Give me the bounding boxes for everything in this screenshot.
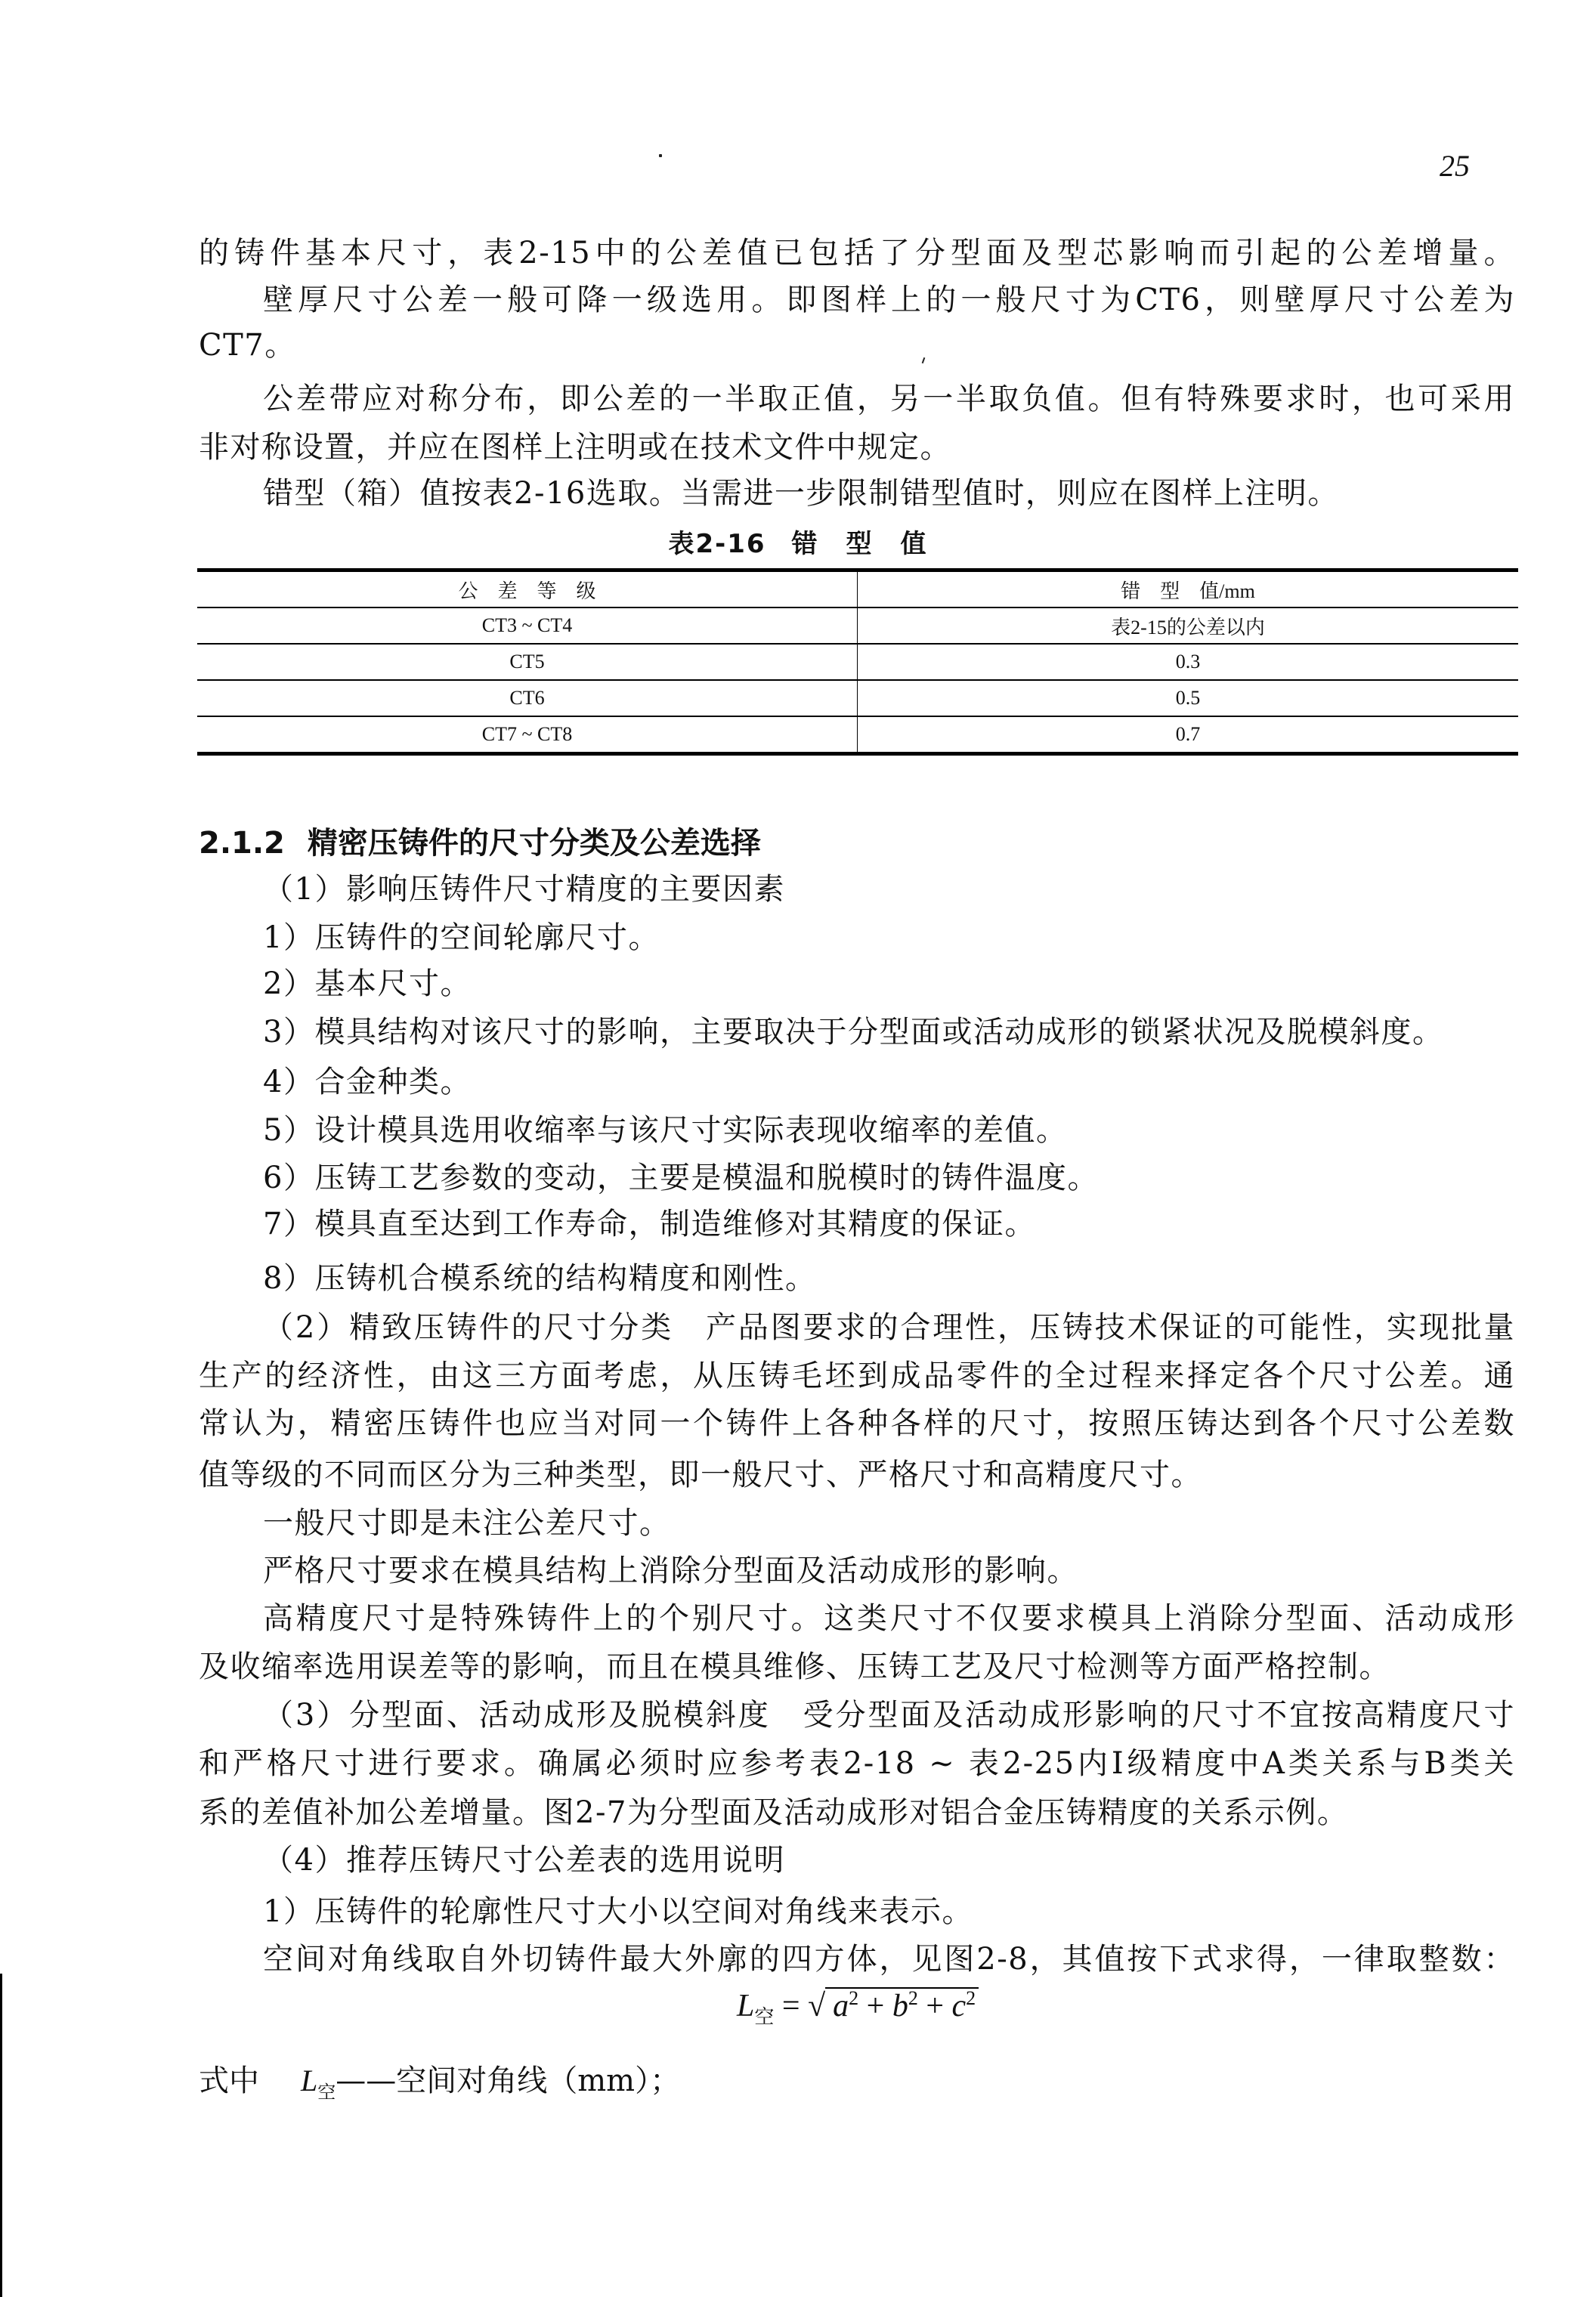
paragraph-line: 严格尺寸要求在模具结构上消除分型面及活动成形的影响。 (199, 1550, 1515, 1592)
table-header-row: 公 差 等 级 错 型 值/mm (197, 570, 1518, 608)
column-header-value: 错 型 值/mm (858, 570, 1519, 608)
where-clause: 式中L空——空间对角线（mm）； (199, 2057, 680, 2104)
where-prefix: 式中 (199, 2064, 259, 2098)
paragraph-line: 值等级的不同而区分为三种类型，即一般尺寸、严格尺寸和高精度尺寸。 (199, 1454, 1515, 1496)
list-item: 4）合金种类。 (199, 1061, 1515, 1103)
table-title: 表2-16错 型 值 (0, 523, 1596, 560)
table-cell: 0.3 (858, 644, 1519, 680)
table-cell: CT5 (197, 644, 858, 680)
exponent: 2 (966, 1987, 976, 2009)
paragraph-line: （3）分型面、活动成形及脱模斜度 受分型面及活动成形影响的尺寸不宜按高精度尺寸 (199, 1694, 1515, 1736)
term-c: c (952, 1989, 967, 2023)
section-title: 精密压铸件的尺寸分类及公差选择 (308, 826, 761, 861)
table-cell: 0.7 (858, 716, 1519, 754)
section-heading: 2.1.2精密压铸件的尺寸分类及公差选择 (199, 819, 761, 862)
formula-lhs-var: L (737, 1989, 754, 2023)
table-row: CT3 ~ CT4 表2-15的公差以内 (197, 607, 1518, 644)
scan-speck (659, 154, 662, 157)
table-cell: CT6 (197, 680, 858, 716)
table-row: CT7 ~ CT8 0.7 (197, 716, 1518, 754)
list-item: 5）设计模具选用收缩率与该尺寸实际表现收缩率的差值。 (199, 1109, 1515, 1152)
paragraph-line: 壁厚尺寸公差一般可降一级选用。即图样上的一般尺寸为CT6，则壁厚尺寸公差为 (199, 279, 1515, 321)
table-row: CT6 0.5 (197, 680, 1518, 716)
paragraph-line: 非对称设置，并应在图样上注明或在技术文件中规定。 (199, 426, 1515, 468)
subsection-title: （4）推荐压铸尺寸公差表的选用说明 (199, 1839, 1515, 1881)
list-item: 1）压铸件的空间轮廓尺寸。 (199, 917, 1515, 959)
scan-edge-line (0, 1974, 2, 2297)
list-item: 6）压铸工艺参数的变动，主要是模温和脱模时的铸件温度。 (199, 1157, 1515, 1199)
paragraph-line: 错型（箱）值按表2-16选取。当需进一步限制错型值时，则应在图样上注明。 (199, 472, 1515, 515)
sqrt-symbol: √ (808, 1989, 825, 2023)
table-caption: 错 型 值 (792, 529, 928, 559)
page-number: 25 (1440, 148, 1470, 184)
paragraph-line: 生产的经济性，由这三方面考虑，从压铸毛坯到成品零件的全过程来择定各个尺寸公差。通 (199, 1355, 1515, 1397)
list-item: 2）基本尺寸。 (199, 963, 1515, 1005)
paragraph-line: 公差带应对称分布，即公差的一半取正值，另一半取负值。但有特殊要求时，也可采用 (199, 378, 1515, 420)
misalignment-table: 公 差 等 级 错 型 值/mm CT3 ~ CT4 表2-15的公差以内 CT… (197, 568, 1518, 756)
plus-sign: + (926, 1989, 944, 2023)
list-item: 8）压铸机合模系统的结构精度和刚性。 (199, 1257, 1515, 1300)
table-row: CT5 0.3 (197, 644, 1518, 680)
paragraph-line: 空间对角线取自外切铸件最大外廓的四方体，见图2-8，其值按下式求得，一律取整数： (199, 1938, 1515, 1980)
formula-radicand: a2 + b2 + c2 (825, 1987, 979, 2023)
paragraph-line: 常认为，精密压铸件也应当对同一个铸件上各种各样的尺寸，按照压铸达到各个尺寸公差数 (199, 1402, 1515, 1445)
exponent: 2 (849, 1987, 858, 2009)
where-definition: ——空间对角线（mm）； (336, 2064, 680, 2098)
paragraph-line: 一般尺寸即是未注公差尺寸。 (199, 1502, 1515, 1544)
list-item: 7）模具直至达到工作寿命，制造维修对其精度的保证。 (199, 1203, 1515, 1245)
table-cell: CT3 ~ CT4 (197, 607, 858, 644)
paragraph-line: 及收缩率选用误差等的影响，而且在模具维修、压铸工艺及尺寸检测等方面严格控制。 (199, 1646, 1515, 1688)
table-number: 表2-16 (668, 529, 766, 559)
list-item: 1）压铸件的轮廓性尺寸大小以空间对角线来表示。 (199, 1890, 1515, 1933)
paragraph-line: 的铸件基本尺寸，表2-15中的公差值已包括了分型面及型芯影响而引起的公差增量。 (199, 232, 1515, 274)
list-item: 3）模具结构对该尺寸的影响，主要取决于分型面或活动成形的锁紧状况及脱模斜度。 (199, 1011, 1515, 1053)
diagonal-formula: L空 = √a2 + b2 + c2 (737, 1987, 979, 2030)
term-a: a (833, 1989, 849, 2023)
paragraph-line: 高精度尺寸是特殊铸件上的个别尺寸。这类尺寸不仅要求模具上消除分型面、活动成形 (199, 1597, 1515, 1640)
column-header-grade: 公 差 等 级 (197, 570, 858, 608)
formula-lhs-sub: 空 (754, 2006, 774, 2029)
table-cell: 表2-15的公差以内 (858, 607, 1519, 644)
paragraph-line: （2）精致压铸件的尺寸分类 产品图要求的合理性，压铸技术保证的可能性，实现批量 (199, 1306, 1515, 1349)
table-cell: 0.5 (858, 680, 1519, 716)
formula-equals: = (782, 1989, 800, 2023)
exponent: 2 (908, 1987, 918, 2009)
paragraph-line: 系的差值补加公差增量。图2-7为分型面及活动成形对铝合金压铸精度的关系示例。 (199, 1792, 1515, 1834)
section-number: 2.1.2 (199, 826, 285, 861)
where-sub: 空 (317, 2082, 336, 2103)
paragraph-line: CT7。 (199, 324, 1515, 366)
table-cell: CT7 ~ CT8 (197, 716, 858, 754)
plus-sign: + (867, 1989, 885, 2023)
paragraph-line: 和严格尺寸进行要求。确属必须时应参考表2-18 ~ 表2-25内Ⅰ级精度中A类关… (199, 1742, 1515, 1785)
subsection-title: （1）影响压铸件尺寸精度的主要因素 (199, 868, 1515, 910)
term-b: b (892, 1989, 908, 2023)
where-var: L (301, 2064, 317, 2098)
